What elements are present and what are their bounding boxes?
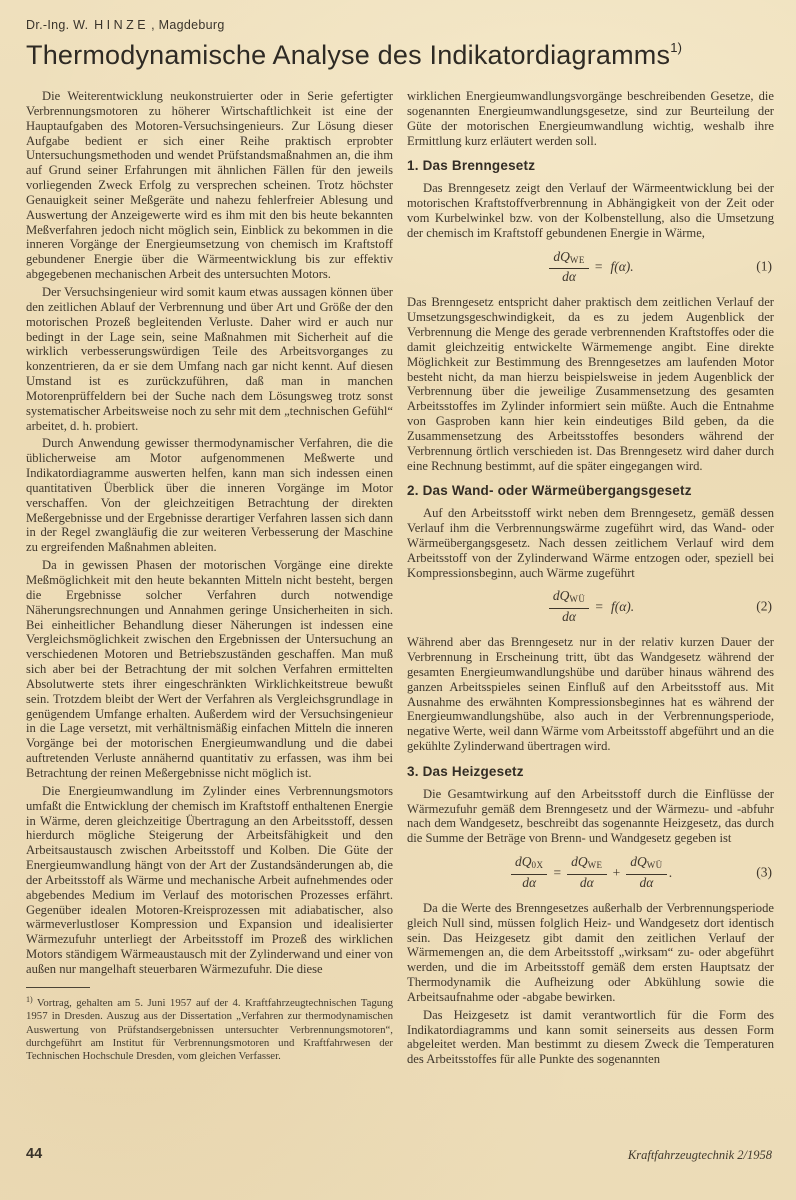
period: . [669, 866, 672, 881]
equation-2: dQWÜ dα = f(α). (2) [407, 589, 774, 625]
eq2-function: f(α). [611, 600, 634, 615]
footnote-body: Vortrag, gehalten am 5. Juni 1957 auf de… [26, 997, 393, 1063]
footnote-mark: 1) [26, 995, 33, 1004]
left-column: Die Weiterentwicklung neukonstruierter o… [26, 89, 393, 1070]
eq3-term1-denominator: dα [511, 875, 548, 891]
plus-sign: + [613, 866, 621, 881]
article-paragraph: Das Brenngesetz entspricht daher praktis… [407, 295, 774, 473]
eq3-term3-denominator: dα [626, 875, 667, 891]
eq3-term2-numerator: dQ [571, 854, 588, 869]
article-paragraph: wirklichen Energieumwandlungsvorgänge be… [407, 89, 774, 148]
author-suffix: , Magdeburg [151, 18, 224, 32]
journal-footer: Kraftfahrzeugtechnik 2/1958 [628, 1148, 772, 1163]
eq2-subscript: WÜ [569, 594, 585, 604]
article-paragraph: Das Heizgesetz ist damit verantwortlich … [407, 1008, 774, 1067]
eq3-term3-subscript: WÜ [647, 860, 663, 870]
author-prefix: Dr.-Ing. W. [26, 18, 88, 32]
article-paragraph: Die Energieumwandlung im Zylinder eines … [26, 784, 393, 977]
article-paragraph: Das Brenngesetz zeigt den Verlauf der Wä… [407, 181, 774, 240]
equation-3: dQ0X dα = dQWE dα + dQWÜ dα . (3) [407, 855, 774, 891]
article-paragraph: Auf den Arbeitsstoff wirkt neben dem Bre… [407, 506, 774, 580]
eq3-term2-denominator: dα [567, 875, 607, 891]
eq1-numerator: dQ [553, 249, 570, 264]
section-heading-wandgesetz: 2. Das Wand- oder Wärmeübergangsgesetz [407, 484, 774, 499]
equals-sign: = [553, 866, 561, 881]
fraction: dQ0X dα [511, 855, 548, 891]
fraction: dQWE dα [549, 250, 589, 286]
article-paragraph: Der Versuchsingenieur wird somit kaum et… [26, 285, 393, 433]
eq1-subscript: WE [570, 255, 585, 265]
page-title: Thermodynamische Analyse des Indikatordi… [26, 40, 774, 71]
equation-2-number: (2) [756, 600, 772, 615]
article-paragraph: Da die Werte des Brenngesetzes außerhalb… [407, 901, 774, 1005]
footnote-block: 1) Vortrag, gehalten am 5. Juni 1957 auf… [26, 987, 393, 1064]
fraction: dQWE dα [567, 855, 607, 891]
section-heading-heizgesetz: 3. Das Heizgesetz [407, 765, 774, 780]
eq2-numerator: dQ [553, 588, 570, 603]
eq3-term1-subscript: 0X [531, 860, 543, 870]
eq3-term1-numerator: dQ [515, 854, 532, 869]
two-column-body: Die Weiterentwicklung neukonstruierter o… [26, 89, 774, 1070]
equation-3-number: (3) [756, 866, 772, 881]
author-name: HINZE [94, 18, 149, 32]
right-column: wirklichen Energieumwandlungsvorgänge be… [407, 89, 774, 1070]
fraction: dQWÜ dα [626, 855, 667, 891]
equals-sign: = [595, 600, 603, 615]
fraction: dQWÜ dα [549, 589, 590, 625]
author-line: Dr.-Ing. W. HINZE, Magdeburg [26, 18, 774, 32]
eq3-term2-subscript: WE [588, 860, 603, 870]
equation-1-number: (1) [756, 260, 772, 275]
scanned-article-page: Dr.-Ing. W. HINZE, Magdeburg Thermodynam… [26, 18, 774, 1070]
article-paragraph: Während aber das Brenngesetz nur in der … [407, 635, 774, 754]
title-footnote-mark: 1) [670, 40, 682, 55]
equals-sign: = [595, 260, 603, 275]
equation-1: dQWE dα = f(α). (1) [407, 250, 774, 286]
article-paragraph: Da in gewissen Phasen der motorischen Vo… [26, 558, 393, 781]
article-paragraph: Durch Anwendung gewisser thermodynamisch… [26, 436, 393, 555]
article-paragraph: Die Gesamtwirkung auf den Arbeitsstoff d… [407, 787, 774, 846]
article-paragraph: Die Weiterentwicklung neukonstruierter o… [26, 89, 393, 282]
section-heading-brenngesetz: 1. Das Brenngesetz [407, 159, 774, 174]
footnote-text: 1) Vortrag, gehalten am 5. Juni 1957 auf… [26, 993, 393, 1064]
eq1-function: f(α). [610, 260, 633, 275]
eq2-denominator: dα [549, 609, 590, 625]
page-title-text: Thermodynamische Analyse des Indikatordi… [26, 40, 670, 70]
footnote-rule [26, 987, 90, 988]
eq1-denominator: dα [549, 269, 589, 285]
page-number: 44 [26, 1146, 42, 1162]
eq3-term3-numerator: dQ [630, 854, 647, 869]
